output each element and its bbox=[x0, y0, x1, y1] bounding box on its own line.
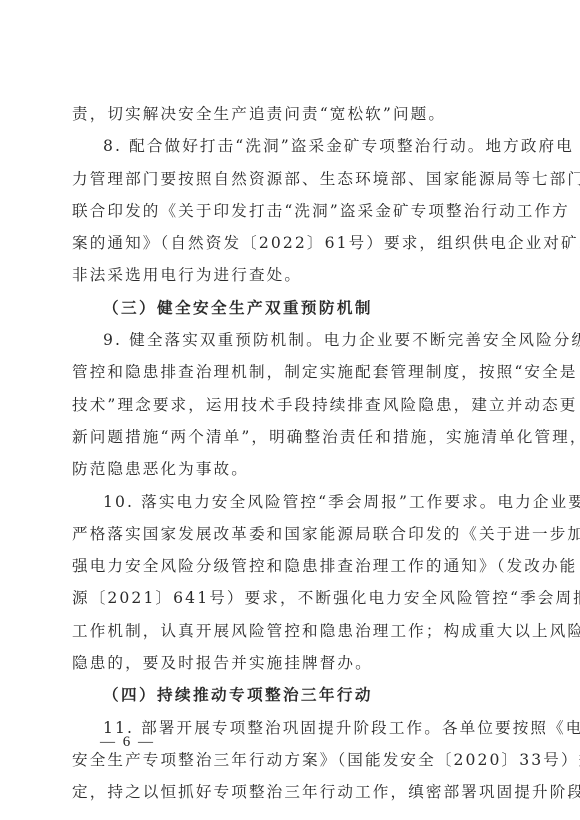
paragraph-line: 力管理部门要按照自然资源部、生态环境部、国家能源局等七部门 bbox=[72, 163, 504, 195]
paragraph-line: 责，切实解决安全生产追责问责“宽松软”问题。 bbox=[72, 98, 504, 130]
page-number: — 6 — bbox=[100, 734, 155, 751]
paragraph-line: 联合印发的《关于印发打击“洗洞”盗采金矿专项整治行动工作方 bbox=[72, 195, 504, 227]
paragraph-line: 源〔2021〕641号）要求，不断强化电力安全风险管控“季会周报” bbox=[72, 582, 504, 614]
paragraph-line: 严格落实国家发展改革委和国家能源局联合印发的《关于进一步加 bbox=[72, 518, 504, 550]
section-heading-4: （四）持续推动专项整治三年行动 bbox=[72, 679, 504, 711]
document-body: 责，切实解决安全生产追责问责“宽松软”问题。 8. 配合做好打击“洗洞”盗采金矿… bbox=[72, 98, 504, 809]
paragraph-line: 定，持之以恒抓好专项整治三年行动工作，缜密部署巩固提升阶段 bbox=[72, 776, 504, 808]
paragraph-line: 隐患的，要及时报告并实施挂牌督办。 bbox=[72, 647, 504, 679]
item-10-title-line: 10. 落实电力安全风险管控“季会周报”工作要求。电力企业要 bbox=[72, 486, 504, 518]
item-8-title-line: 8. 配合做好打击“洗洞”盗采金矿专项整治行动。地方政府电 bbox=[72, 130, 504, 162]
section-heading-3: （三）健全安全生产双重预防机制 bbox=[72, 292, 504, 324]
paragraph-line: 强电力安全风险分级管控和隐患排查治理工作的通知》（发改办能 bbox=[72, 550, 504, 582]
paragraph-line: 新问题措施“两个清单”，明确整治责任和措施，实施清单化管理， bbox=[72, 421, 504, 453]
paragraph-line: 非法采选用电行为进行查处。 bbox=[72, 259, 504, 291]
paragraph-line: 防范隐患恶化为事故。 bbox=[72, 453, 504, 485]
item-9-title-line: 9. 健全落实双重预防机制。电力企业要不断完善安全风险分级 bbox=[72, 324, 504, 356]
paragraph-line: 工作机制，认真开展风险管控和隐患治理工作；构成重大以上风险 bbox=[72, 615, 504, 647]
paragraph-line: 技术”理念要求，运用技术手段持续排查风险隐患，建立并动态更 bbox=[72, 389, 504, 421]
paragraph-line: 案的通知》（自然资发〔2022〕61号）要求，组织供电企业对矿山 bbox=[72, 227, 504, 259]
paragraph-line: 管控和隐患排查治理机制，制定实施配套管理制度，按照“安全是 bbox=[72, 356, 504, 388]
